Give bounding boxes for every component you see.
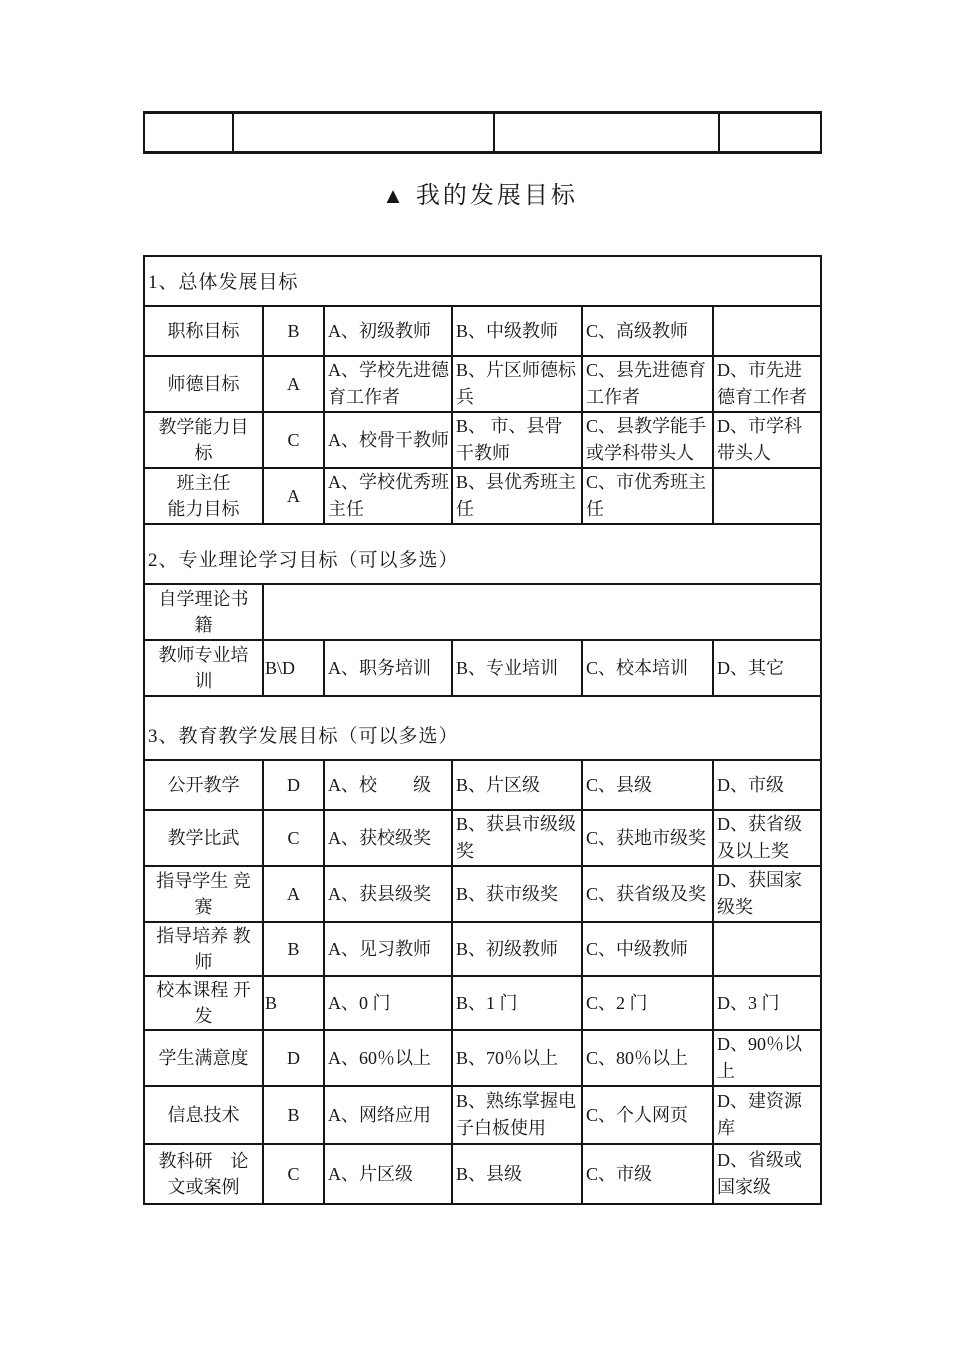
option-cell: [713, 922, 821, 976]
table-row: 指导学生 竞赛 A A、获县级奖 B、获市级奖 C、获省级及奖 D、获国家级奖: [144, 866, 821, 922]
selected-letter: A: [263, 468, 324, 524]
option-cell: A、学校先进德育工作者: [324, 356, 452, 412]
option-cell: C、市优秀班主任: [582, 468, 713, 524]
option-cell: B、片区级: [452, 760, 582, 810]
option-cell: B、1 门: [452, 976, 582, 1030]
selected-letter: B: [263, 976, 324, 1030]
option-cell: A、学校优秀班主任: [324, 468, 452, 524]
row-label: 班主任 能力目标: [144, 468, 263, 524]
option-cell: C、县先进德育工作者: [582, 356, 713, 412]
option-cell: A、职务培训: [324, 640, 452, 696]
row-label: 自学理论书籍: [144, 584, 263, 640]
selected-letter: A: [263, 356, 324, 412]
row-label: 指导学生 竞赛: [144, 866, 263, 922]
row-label: 学生满意度: [144, 1030, 263, 1086]
option-cell: B、片区师德标兵: [452, 356, 582, 412]
answer-blank-cell: [263, 584, 821, 640]
table-row: 公开教学 D A、校 级 B、片区级 C、县级 D、市级: [144, 760, 821, 810]
row-label: 信息技术: [144, 1086, 263, 1144]
page-title-text: 我的发展目标: [416, 183, 578, 209]
selected-letter: C: [263, 1144, 324, 1204]
option-cell: B、县级: [452, 1144, 582, 1204]
selected-letter: B\D: [263, 640, 324, 696]
selected-letter: B: [263, 922, 324, 976]
option-cell: C、县级: [582, 760, 713, 810]
option-cell: A、获县级奖: [324, 866, 452, 922]
option-cell: A、0 门: [324, 976, 452, 1030]
section-header: 3、教育教学发展目标（可以多选）: [144, 696, 821, 760]
section-header: 1、总体发展目标: [144, 256, 821, 306]
table-row: 教科研 论文或案例 C A、片区级 B、县级 C、市级 D、省级或国家级: [144, 1144, 821, 1204]
selected-letter: C: [263, 412, 324, 468]
option-cell: C、中级教师: [582, 922, 713, 976]
option-cell: C、2 门: [582, 976, 713, 1030]
option-cell: C、80％以上: [582, 1030, 713, 1086]
document-page: ▲我的发展目标 1、总体发展目标 职称目标 B A、初级教师 B、中级教师 C、…: [0, 0, 960, 1357]
option-cell: C、市级: [582, 1144, 713, 1204]
option-cell: D、获省级及以上奖: [713, 810, 821, 866]
row-label: 教师专业培训: [144, 640, 263, 696]
option-cell: A、初级教师: [324, 306, 452, 356]
option-cell: A、获校级奖: [324, 810, 452, 866]
table-row: 自学理论书籍: [144, 584, 821, 640]
selected-letter: D: [263, 1030, 324, 1086]
table-row: 班主任 能力目标 A A、学校优秀班主任 B、县优秀班主任 C、市优秀班主任: [144, 468, 821, 524]
goals-table: 1、总体发展目标 职称目标 B A、初级教师 B、中级教师 C、高级教师 师德目…: [143, 255, 822, 1205]
continued-table-fragment: [143, 111, 822, 154]
table-row: 教学能力目标 C A、校骨干教师 B、 市、县骨干教师 C、县教学能手或学科带头…: [144, 412, 821, 468]
option-cell: B、中级教师: [452, 306, 582, 356]
row-label: 师德目标: [144, 356, 263, 412]
selected-letter: D: [263, 760, 324, 810]
option-cell: B、专业培训: [452, 640, 582, 696]
row-label: 教学能力目标: [144, 412, 263, 468]
page-title: ▲我的发展目标: [0, 180, 960, 212]
option-cell: [713, 306, 821, 356]
option-cell: B、 市、县骨干教师: [452, 412, 582, 468]
option-cell: B、熟练掌握电子白板使用: [452, 1086, 582, 1144]
table-row: 指导培养 教师 B A、见习教师 B、初级教师 C、中级教师: [144, 922, 821, 976]
row-label: 职称目标: [144, 306, 263, 356]
table-row: 2、专业理论学习目标（可以多选）: [144, 524, 821, 584]
table-row: 师德目标 A A、学校先进德育工作者 B、片区师德标兵 C、县先进德育工作者 D…: [144, 356, 821, 412]
row-label: 指导培养 教师: [144, 922, 263, 976]
triangle-icon: ▲: [382, 183, 404, 208]
table-row: 职称目标 B A、初级教师 B、中级教师 C、高级教师: [144, 306, 821, 356]
option-cell: D、90％以上: [713, 1030, 821, 1086]
option-cell: A、网络应用: [324, 1086, 452, 1144]
option-cell: B、初级教师: [452, 922, 582, 976]
empty-cell: [719, 113, 821, 153]
table-row: 1、总体发展目标: [144, 256, 821, 306]
option-cell: C、高级教师: [582, 306, 713, 356]
option-cell: C、个人网页: [582, 1086, 713, 1144]
section-header: 2、专业理论学习目标（可以多选）: [144, 524, 821, 584]
selected-letter: A: [263, 866, 324, 922]
row-label: 公开教学: [144, 760, 263, 810]
option-cell: A、60％以上: [324, 1030, 452, 1086]
selected-letter: C: [263, 810, 324, 866]
empty-cell: [233, 113, 494, 153]
option-cell: C、县教学能手或学科带头人: [582, 412, 713, 468]
option-cell: D、市级: [713, 760, 821, 810]
empty-cell: [494, 113, 719, 153]
selected-letter: B: [263, 1086, 324, 1144]
option-cell: A、校 级: [324, 760, 452, 810]
option-cell: D、其它: [713, 640, 821, 696]
option-cell: C、获地市级奖: [582, 810, 713, 866]
option-cell: A、校骨干教师: [324, 412, 452, 468]
option-cell: A、见习教师: [324, 922, 452, 976]
option-cell: C、校本培训: [582, 640, 713, 696]
option-cell: C、获省级及奖: [582, 866, 713, 922]
table-row: 教学比武 C A、获校级奖 B、获县市级级奖 C、获地市级奖 D、获省级及以上奖: [144, 810, 821, 866]
table-row: 校本课程 开发 B A、0 门 B、1 门 C、2 门 D、3 门: [144, 976, 821, 1030]
option-cell: D、省级或国家级: [713, 1144, 821, 1204]
option-cell: D、获国家级奖: [713, 866, 821, 922]
table-row: 信息技术 B A、网络应用 B、熟练掌握电子白板使用 C、个人网页 D、建资源库: [144, 1086, 821, 1144]
option-cell: B、获市级奖: [452, 866, 582, 922]
table-row: [144, 113, 821, 153]
table-row: 学生满意度 D A、60％以上 B、70％以上 C、80％以上 D、90％以上: [144, 1030, 821, 1086]
table-row: 教师专业培训 B\D A、职务培训 B、专业培训 C、校本培训 D、其它: [144, 640, 821, 696]
option-cell: D、市学科带头人: [713, 412, 821, 468]
option-cell: D、建资源库: [713, 1086, 821, 1144]
option-cell: B、县优秀班主任: [452, 468, 582, 524]
option-cell: [713, 468, 821, 524]
option-cell: B、70％以上: [452, 1030, 582, 1086]
row-label: 教学比武: [144, 810, 263, 866]
empty-cell: [144, 113, 233, 153]
table-row: 3、教育教学发展目标（可以多选）: [144, 696, 821, 760]
option-cell: B、获县市级级奖: [452, 810, 582, 866]
option-cell: D、3 门: [713, 976, 821, 1030]
selected-letter: B: [263, 306, 324, 356]
row-label: 校本课程 开发: [144, 976, 263, 1030]
option-cell: D、市先进德育工作者: [713, 356, 821, 412]
option-cell: A、片区级: [324, 1144, 452, 1204]
row-label: 教科研 论文或案例: [144, 1144, 263, 1204]
